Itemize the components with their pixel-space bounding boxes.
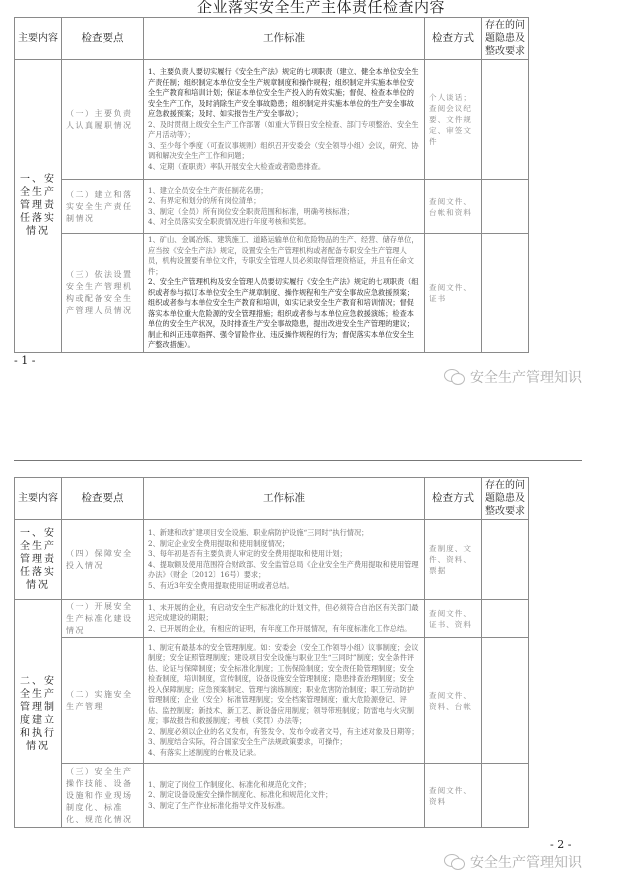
issues-cell [482, 638, 529, 764]
standard-item: 4、提取额及使用范围符合财政部、安全监管总局《企业安全生产费用提取和使用管理办法… [148, 560, 420, 581]
standard-item: 2、有界定和划分的所有岗位清单； [148, 196, 420, 207]
header-check-method: 检查方式 [425, 18, 482, 60]
table-header-row: 主要内容 检查要点 工作标准 检查方式 存在的问题隐患及整改要求 [15, 478, 529, 520]
work-standard: 1、矿山、金属冶炼、建筑施工、道路运输单位和危险物品的生产、经营、储存单位，应当… [144, 234, 425, 353]
work-standard: 1、未开展的企业，有启动安全生产标准化的计划文件，但必须符合自治区有关部门最迟完… [144, 600, 425, 638]
table-row: （三）依法设置安全生产管理机构或配备安全生产管理人员情况 1、矿山、金属冶炼、建… [15, 234, 529, 353]
standard-item: 3、制度结合实际，符合国家安全生产法规政策要求，可操作； [148, 737, 420, 748]
work-standard: 1、制定有最基本的安全管理制度。如：安委会（安全工作领导小组）议事制度；会议制度… [144, 638, 425, 764]
work-standard: 1、建立全员安全生产责任制花名册； 2、有界定和划分的所有岗位清单； 3、制定（… [144, 180, 425, 234]
standard-item: 2、制定设备设施安全操作制度化、标准化和规范化文件； [148, 790, 420, 801]
page-number: - 1 - [14, 354, 35, 367]
standard-item: 4、对全员落实安全职责情况进行年度考核和奖惩。 [148, 217, 420, 228]
watermark-text: 安全生产管理知识 [470, 852, 582, 872]
page-divider [14, 460, 582, 461]
work-standard: 1、制定了岗位工作制度化、标准化和规范化文件； 2、制定设备设施安全操作制度化、… [144, 764, 425, 828]
header-check-points: 检查要点 [62, 18, 144, 60]
work-standard: 1、主要负责人要切实履行《安全生产法》规定的七项职责（建立、健全本单位安全生产责… [144, 60, 425, 180]
wechat-icon [444, 368, 466, 386]
watermark-text: 安全生产管理知识 [470, 367, 582, 387]
section-label: 一、安全生产管理责任落实情况 [15, 60, 62, 353]
inspection-table-page-2: 主要内容 检查要点 工作标准 检查方式 存在的问题隐患及整改要求 一、安全生产管… [14, 477, 529, 828]
check-point: （一）开展安全生产标准化建设情况 [62, 600, 144, 638]
check-point: （四）保障安全投入情况 [62, 520, 144, 600]
standard-item: 1、建立全员安全生产责任制花名册； [148, 186, 420, 197]
standard-item: 4、定期（查职责）率队开展安全大检查或者隐患排查。 [148, 162, 420, 173]
standard-item: 3、每年初是否有主要负责人审定的安全费用提取和使用计划； [148, 549, 420, 560]
issues-cell [482, 520, 529, 600]
header-issues: 存在的问题隐患及整改要求 [482, 478, 529, 520]
standard-item: 1、制定了岗位工作制度化、标准化和规范化文件； [148, 780, 420, 791]
standard-item: 1、矿山、金属冶炼、建筑施工、道路运输单位和危险物品的生产、经营、储存单位，应当… [148, 235, 420, 277]
issues-cell [482, 180, 529, 234]
table-row: （二）建立和落实安全生产责任制情况 1、建立全员安全生产责任制花名册； 2、有界… [15, 180, 529, 234]
standard-item: 3、至少每个季度（可查议事规则）组织召开安委会（安全领导小组）会议，研究、协调和… [148, 141, 420, 162]
standard-item: 4、有落实上述制度的台帐及记录。 [148, 748, 420, 759]
header-work-standard: 工作标准 [144, 18, 425, 60]
issues-cell [482, 234, 529, 353]
wechat-icon [444, 853, 466, 871]
standard-item: 1、制定有最基本的安全管理制度。如：安委会（安全工作领导小组）议事制度；会议制度… [148, 643, 420, 727]
issues-cell [482, 764, 529, 828]
header-check-points: 检查要点 [62, 478, 144, 520]
table-row: （二）实施安全生产管理 1、制定有最基本的安全管理制度。如：安委会（安全工作领导… [15, 638, 529, 764]
check-point: （一）主要负责人认真履职情况 [62, 60, 144, 180]
header-issues: 存在的问题隐患及整改要求 [482, 18, 529, 60]
watermark: 安全生产管理知识 [444, 852, 582, 872]
table-row: 一、安全生产管理责任落实情况 （一）主要负责人认真履职情况 1、主要负责人要切实… [15, 60, 529, 180]
section-label: 二、安全生产管理制度建立和执行情况 [15, 600, 62, 828]
check-method: 查阅文件、证书、资料 [425, 600, 482, 638]
table-row: 二、安全生产管理制度建立和执行情况 （一）开展安全生产标准化建设情况 1、未开展… [15, 600, 529, 638]
header-work-standard: 工作标准 [144, 478, 425, 520]
check-point: （二）实施安全生产管理 [62, 638, 144, 764]
header-main-content: 主要内容 [15, 478, 62, 520]
check-method: 查阅文件、证书 [425, 234, 482, 353]
check-point: （二）建立和落实安全生产责任制情况 [62, 180, 144, 234]
check-point: （三）依法设置安全生产管理机构或配备安全生产管理人员情况 [62, 234, 144, 353]
standard-item: 3、制定了生产作业标准化指导文件及标准。 [148, 801, 420, 812]
watermark: 安全生产管理知识 [444, 367, 582, 387]
section-label: 一、安全生产管理责任落实情况 [15, 520, 62, 600]
standard-item: 1、新建和改扩建项目安全设施、职业病防护设施“三同时”执行情况； [148, 528, 420, 539]
table-header-row: 主要内容 检查要点 工作标准 检查方式 存在的问题隐患及整改要求 [15, 18, 529, 60]
check-method: 查阅文件、资料、台帐 [425, 638, 482, 764]
standard-item: 2、安全生产管理机构及安全管理人员要切实履行《安全生产法》规定的七项职责（组织或… [148, 277, 420, 351]
inspection-table-page-1: 主要内容 检查要点 工作标准 检查方式 存在的问题隐患及整改要求 一、安全生产管… [14, 17, 529, 353]
check-method: 查阅文件、资料 [425, 764, 482, 828]
standard-item: 3、制定（全员）所有岗位安全职责范围和标准，明确考核标准； [148, 207, 420, 218]
standard-item: 2、已开展的企业，有相应的证明，有年度工作开展情况，有年度标准化工作总结。 [148, 624, 420, 635]
table-row: 一、安全生产管理责任落实情况 （四）保障安全投入情况 1、新建和改扩建项目安全设… [15, 520, 529, 600]
header-main-content: 主要内容 [15, 18, 62, 60]
issues-cell [482, 600, 529, 638]
table-row: （三）安全生产操作技能、设备设施和作业现场制度化、标准化、规范化情况 1、制定了… [15, 764, 529, 828]
page-title: 企业落实安全生产主体责任检查内容 [0, 0, 642, 17]
work-standard: 1、新建和改扩建项目安全设施、职业病防护设施“三同时”执行情况； 2、制定企业安… [144, 520, 425, 600]
check-method: 查制度、文件、资料、票据 [425, 520, 482, 600]
standard-item: 1、未开展的企业，有启动安全生产标准化的计划文件，但必须符合自治区有关部门最迟完… [148, 603, 420, 624]
standard-item: 2、及时贯彻上级安全生产工作部署（如重大节假日安全检查、部门专项整治、安全生产月… [148, 120, 420, 141]
check-method: 个人谈话；查阅会议纪要、文件规定、审签文件 [425, 60, 482, 180]
standard-item: 2、制定企业安全费用提取和使用制度情况； [148, 539, 420, 550]
page-number: - 2 - [550, 838, 571, 851]
check-point: （三）安全生产操作技能、设备设施和作业现场制度化、标准化、规范化情况 [62, 764, 144, 828]
issues-cell [482, 60, 529, 180]
standard-item: 2、制度必须以企业的名义发布，有签发令、发布令或者文号，有主述对象及日期等； [148, 727, 420, 738]
header-check-method: 检查方式 [425, 478, 482, 520]
check-method: 查阅文件、台帐和资料 [425, 180, 482, 234]
standard-item: 5、有近3年安全费用提取使用证明或者总结。 [148, 581, 420, 592]
standard-item: 1、主要负责人要切实履行《安全生产法》规定的七项职责（建立、健全本单位安全生产责… [148, 67, 420, 120]
